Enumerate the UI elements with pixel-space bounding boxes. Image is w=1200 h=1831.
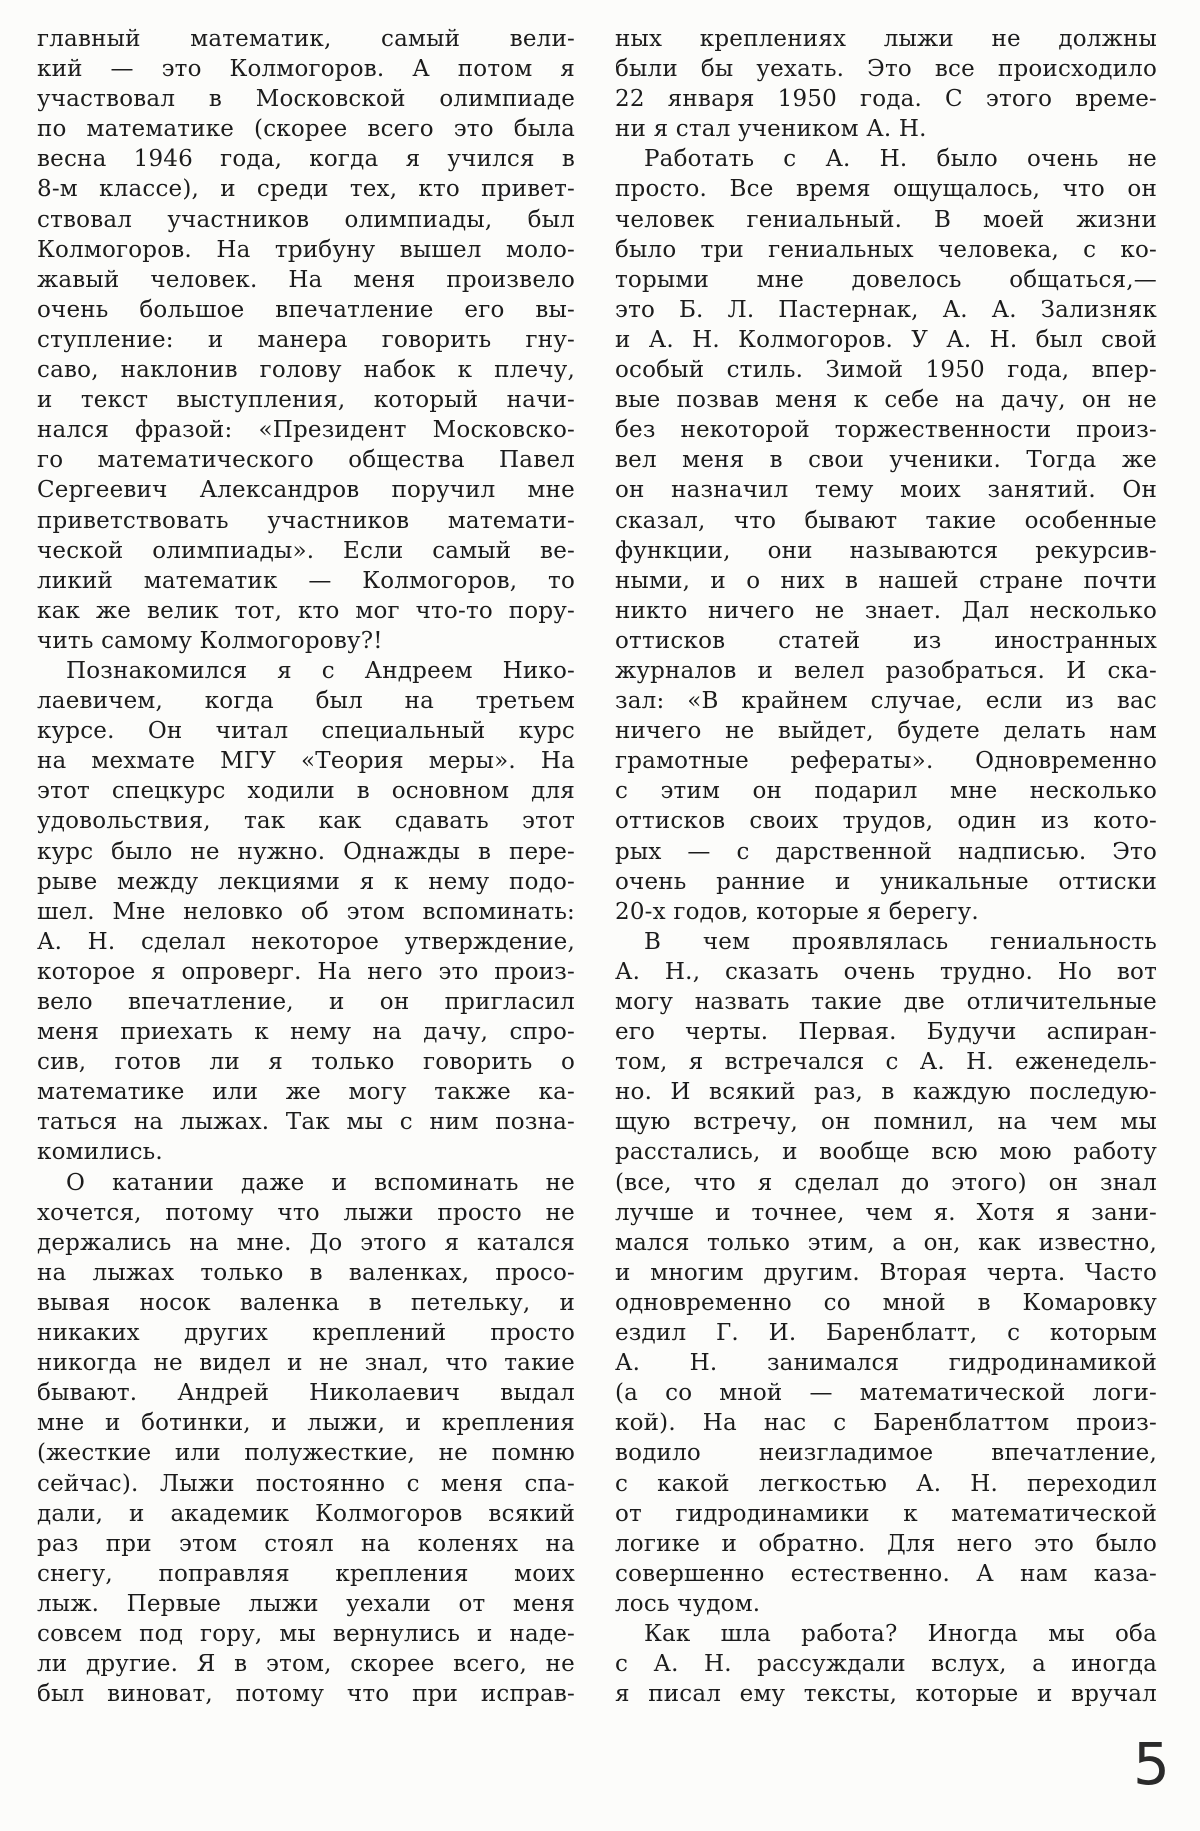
text-line: с какой легкостью А. Н. переходил	[615, 1469, 1157, 1499]
text-line: было три гениальных человека, с ко-	[615, 235, 1157, 265]
text-line: вывая носок валенка в петельку, и	[37, 1288, 575, 1318]
text-line: держались на мне. До этого я катался	[37, 1228, 575, 1258]
text-line: Колмогоров. На трибуну вышел моло-	[37, 235, 575, 265]
text-line: мне и ботинки, и лыжи, и крепления	[37, 1408, 575, 1438]
text-line: чить самому Колмогорову?!	[37, 626, 575, 656]
text-line: но. И всякий раз, в каждую последую-	[615, 1077, 1157, 1107]
page-number: 5	[1133, 1735, 1170, 1793]
text-line: кой). На нас с Баренблаттом произ-	[615, 1408, 1157, 1438]
text-line: приветствовать участников математи-	[37, 506, 575, 536]
text-line: ными, и о них в нашей стране почти	[615, 566, 1157, 596]
text-line: 8-м классе), и среди тех, кто привет-	[37, 174, 575, 204]
text-line: лось чудом.	[615, 1589, 1157, 1619]
text-line: этот спецкурс ходили в основном для	[37, 776, 575, 806]
text-line: В чем проявлялась гениальность	[615, 927, 1157, 957]
text-line: были бы уехать. Это все происходило	[615, 54, 1157, 84]
text-line: кий — это Колмогоров. А потом я	[37, 54, 575, 84]
text-line: нался фразой: «Президент Московско-	[37, 415, 575, 445]
text-line: бывают. Андрей Николаевич выдал	[37, 1378, 575, 1408]
text-line: ничего не выйдет, будете делать нам	[615, 716, 1157, 746]
text-line: как же велик тот, кто мог что-то пору-	[37, 596, 575, 626]
text-line: лучше и точнее, чем я. Хотя я зани-	[615, 1198, 1157, 1228]
text-line: вело впечатление, и он пригласил	[37, 987, 575, 1017]
text-line: сказал, что бывают такие особенные	[615, 506, 1157, 536]
text-line: Как шла работа? Иногда мы оба	[615, 1619, 1157, 1649]
text-line: водило неизгладимое впечатление,	[615, 1438, 1157, 1468]
text-line: математике или же могу также ка-	[37, 1077, 575, 1107]
text-line: снегу, поправляя крепления моих	[37, 1559, 575, 1589]
text-line: журналов и велел разобраться. И ска-	[615, 656, 1157, 686]
text-line: главный математик, самый вели-	[37, 24, 575, 54]
text-line: лыж. Первые лыжи уехали от меня	[37, 1589, 575, 1619]
text-line: участвовал в Московской олимпиаде	[37, 84, 575, 114]
text-line: просто. Все время ощущалось, что он	[615, 174, 1157, 204]
text-line: вые позвав меня к себе на дачу, он не	[615, 385, 1157, 415]
text-line: никто ничего не знает. Дал несколько	[615, 596, 1157, 626]
text-line: человек гениальный. В моей жизни	[615, 205, 1157, 235]
text-line: 20-х годов, которые я берегу.	[615, 897, 1157, 927]
text-line: Работать с А. Н. было очень не	[615, 144, 1157, 174]
text-line: я писал ему тексты, которые и вручал	[615, 1679, 1157, 1709]
text-line: ствовал участников олимпиады, был	[37, 205, 575, 235]
text-line: таться на лыжах. Так мы с ним позна-	[37, 1107, 575, 1137]
book-page: главный математик, самый вели-кий — это …	[0, 0, 1200, 1831]
text-line: функции, они называются рекурсив-	[615, 536, 1157, 566]
text-line: грамотные рефераты». Одновременно	[615, 746, 1157, 776]
text-line: был виноват, потому что при исправ-	[37, 1679, 575, 1709]
text-line: зал: «В крайнем случае, если из вас	[615, 686, 1157, 716]
text-line: ческой олимпиады». Если самый ве-	[37, 536, 575, 566]
text-line: ликий математик — Колмогоров, то	[37, 566, 575, 596]
text-line: одновременно со мной в Комаровку	[615, 1288, 1157, 1318]
text-line: он назначил тему моих занятий. Он	[615, 475, 1157, 505]
text-line: на мехмате МГУ «Теория меры». На	[37, 746, 575, 776]
text-line: ступление: и манера говорить гну-	[37, 325, 575, 355]
text-line: удовольствия, так как сдавать этот	[37, 806, 575, 836]
text-line: особый стиль. Зимой 1950 года, впер-	[615, 355, 1157, 385]
text-line: А. Н., сказать очень трудно. Но вот	[615, 957, 1157, 987]
text-line: ли другие. Я в этом, скорее всего, не	[37, 1649, 575, 1679]
text-line: (жесткие или полужесткие, не помню	[37, 1438, 575, 1468]
text-line: О катании даже и вспоминать не	[37, 1168, 575, 1198]
text-line: от гидродинамики к математической	[615, 1499, 1157, 1529]
text-line: очень большое впечатление его вы-	[37, 295, 575, 325]
text-line: и текст выступления, который начи-	[37, 385, 575, 415]
text-line: курс было не нужно. Однажды в пере-	[37, 837, 575, 867]
text-line: дали, и академик Колмогоров всякий	[37, 1499, 575, 1529]
text-line: сейчас). Лыжи постоянно с меня спа-	[37, 1469, 575, 1499]
text-line: комились.	[37, 1137, 575, 1167]
text-line: весна 1946 года, когда я учился в	[37, 144, 575, 174]
text-line: жавый человек. На меня произвело	[37, 265, 575, 295]
text-line: том, я встречался с А. Н. еженедель-	[615, 1047, 1157, 1077]
text-line: могу назвать такие две отличительные	[615, 987, 1157, 1017]
text-line: логике и обратно. Для него это было	[615, 1529, 1157, 1559]
text-line: и многим другим. Вторая черта. Часто	[615, 1258, 1157, 1288]
text-line: курсе. Он читал специальный курс	[37, 716, 575, 746]
text-line: совершенно естественно. А нам каза-	[615, 1559, 1157, 1589]
text-line: с этим он подарил мне несколько	[615, 776, 1157, 806]
text-line: по математике (скорее всего это была	[37, 114, 575, 144]
text-line: которое я опроверг. На него это произ-	[37, 957, 575, 987]
text-line: оттисков своих трудов, один из кото-	[615, 806, 1157, 836]
text-line: с А. Н. рассуждали вслух, а иногда	[615, 1649, 1157, 1679]
text-line: саво, наклонив голову набок к плечу,	[37, 355, 575, 385]
text-line: шел. Мне неловко об этом вспоминать:	[37, 897, 575, 927]
text-column-right: ных креплениях лыжи не должныбыли бы уех…	[615, 24, 1157, 1709]
text-line: ни я стал учеником А. Н.	[615, 114, 1157, 144]
text-line: оттисков статей из иностранных	[615, 626, 1157, 656]
text-line: (все, что я сделал до этого) он знал	[615, 1168, 1157, 1198]
text-line: мался только этим, а он, как известно,	[615, 1228, 1157, 1258]
text-line: щую встречу, он помнил, на чем мы	[615, 1107, 1157, 1137]
text-line: сив, готов ли я только говорить о	[37, 1047, 575, 1077]
text-line: Познакомился я с Андреем Нико-	[37, 656, 575, 686]
text-line: ных креплениях лыжи не должны	[615, 24, 1157, 54]
text-line: на лыжах только в валенках, просо-	[37, 1258, 575, 1288]
text-line: ездил Г. И. Баренблатт, с которым	[615, 1318, 1157, 1348]
text-line: никаких других креплений просто	[37, 1318, 575, 1348]
text-line: это Б. Л. Пастернак, А. А. Зализняк	[615, 295, 1157, 325]
text-line: А. Н. занимался гидродинамикой	[615, 1348, 1157, 1378]
text-line: 22 января 1950 года. С этого време-	[615, 84, 1157, 114]
text-line: и А. Н. Колмогоров. У А. Н. был свой	[615, 325, 1157, 355]
text-line: совсем под гору, мы вернулись и наде-	[37, 1619, 575, 1649]
text-line: раз при этом стоял на коленях на	[37, 1529, 575, 1559]
text-line: рых — с дарственной надписью. Это	[615, 837, 1157, 867]
text-line: лаевичем, когда был на третьем	[37, 686, 575, 716]
text-line: А. Н. сделал некоторое утверждение,	[37, 927, 575, 957]
text-column-left: главный математик, самый вели-кий — это …	[37, 24, 575, 1709]
text-line: хочется, потому что лыжи просто не	[37, 1198, 575, 1228]
text-line: рыве между лекциями я к нему подо-	[37, 867, 575, 897]
text-line: торыми мне довелось общаться,—	[615, 265, 1157, 295]
text-line: его черты. Первая. Будучи аспиран-	[615, 1017, 1157, 1047]
text-line: (а со мной — математической логи-	[615, 1378, 1157, 1408]
text-line: никогда не видел и не знал, что такие	[37, 1348, 575, 1378]
text-line: очень ранние и уникальные оттиски	[615, 867, 1157, 897]
text-line: вел меня в свои ученики. Тогда же	[615, 445, 1157, 475]
text-line: го математического общества Павел	[37, 445, 575, 475]
text-line: меня приехать к нему на дачу, спро-	[37, 1017, 575, 1047]
text-line: Сергеевич Александров поручил мне	[37, 475, 575, 505]
text-line: без некоторой торжественности произ-	[615, 415, 1157, 445]
text-line: расстались, и вообще всю мою работу	[615, 1137, 1157, 1167]
